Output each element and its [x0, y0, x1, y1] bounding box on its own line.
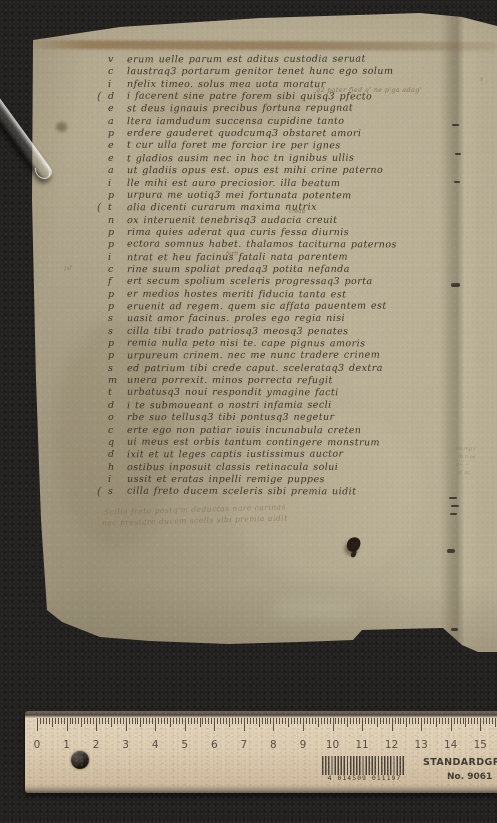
line-initial: n [108, 216, 114, 226]
line-initial: s [108, 327, 113, 337]
ruler-tick [282, 718, 283, 724]
ruler-tick [279, 718, 280, 724]
ruler-tick [241, 718, 242, 724]
manuscript-line: ert secum spolium sceleris progressaq3 p… [127, 277, 373, 287]
ruler-tick [256, 718, 257, 724]
line-initial: p [108, 339, 114, 349]
ruler-tick [99, 718, 100, 724]
manuscript-line: cilla freto ducem sceleris sibi premia u… [127, 487, 356, 497]
ruler-tick [158, 718, 159, 724]
ruler-tick [176, 718, 177, 724]
ruler-tick [262, 718, 263, 724]
ruler-tick [226, 718, 227, 724]
ruler-tick [409, 718, 410, 724]
line-initial: t [108, 388, 112, 398]
ruler-hanging-hole [71, 751, 89, 769]
line-initial: p [108, 129, 114, 139]
line-initial: v [108, 55, 113, 65]
ruler-tick [389, 718, 390, 724]
ruler-tick [102, 718, 103, 724]
manuscript-line: cilla tibi trado patriosq3 meosq3 penate… [127, 327, 348, 337]
margin-scribble: uu mp i [456, 446, 475, 453]
line-initial: p [108, 302, 114, 312]
ruler-tick [155, 718, 156, 731]
ruler-tick [52, 718, 53, 727]
ruler-tick [318, 718, 319, 727]
manuscript-line: ussit et eratas inpelli remige puppes [127, 475, 325, 485]
ruler-tick [137, 718, 138, 724]
ruler-tick [64, 718, 65, 724]
line-initial: e [108, 104, 114, 114]
ruler-tick [451, 718, 452, 731]
ruler-tick [123, 718, 124, 724]
ruler-tick [167, 718, 168, 724]
ruler-number: 11 [350, 739, 374, 751]
ruler-tick [424, 718, 425, 724]
manuscript-line: ectora somnus habet. thalamos taciturna … [127, 240, 397, 250]
stitch-mark [451, 283, 460, 287]
ruler-tick [421, 718, 422, 731]
manuscript-line: ox interuenit tenebrisq3 audacia creuit [127, 215, 337, 225]
ruler-tick [164, 718, 165, 724]
ruler-tick [395, 718, 396, 724]
ruler-tick [197, 718, 198, 724]
line-initial: o [108, 413, 114, 423]
line-initial: i [108, 475, 111, 485]
ruler-tick [418, 718, 419, 724]
stitch-mark [449, 497, 457, 499]
ruler-tick [191, 718, 192, 724]
ruler-tick [247, 718, 248, 724]
line-initial: c [108, 67, 113, 77]
ruler-tick [58, 718, 59, 724]
ruler-tick [200, 718, 201, 727]
ruler-tick [315, 718, 316, 724]
ruler-tick [267, 718, 268, 724]
spot-stain [56, 122, 67, 132]
ruler-tick [365, 718, 366, 724]
ruler-tick [383, 718, 384, 724]
ruler-tick [327, 718, 328, 724]
ruler-tick [220, 718, 221, 724]
manuscript-line: lle mihi est auro preciosior. illa beatu… [127, 178, 340, 188]
line-initial: t [108, 203, 112, 213]
water-stain [270, 600, 360, 618]
ruler-tick [208, 718, 209, 724]
ruler-tick [273, 718, 274, 731]
ruler-tick [374, 718, 375, 724]
ruler-tick [173, 718, 174, 724]
line-initial: m [108, 376, 117, 386]
manuscript-line: urbatusq3 noui respondit ymagine facti [127, 388, 339, 398]
stitch-mark [455, 153, 461, 155]
ruler-tick [46, 718, 47, 724]
manuscript-line: eruenit ad regem. quem sic affata pauent… [127, 302, 387, 312]
ruler-tick [468, 718, 469, 724]
ruler-number: 7 [232, 739, 256, 751]
barcode-digits: 4 014509 011197 [317, 774, 412, 782]
ruler-number: 10 [321, 739, 345, 751]
ruler-tick [61, 718, 62, 724]
ruler-tick [483, 718, 484, 724]
stitch-mark [454, 181, 460, 183]
manuscript-line: t gladios ausim nec in hoc tn ignibus ul… [127, 153, 354, 163]
manuscript-line: st deus ignauis precibus fortuna repugna… [127, 104, 353, 114]
ruler-tick [202, 718, 203, 724]
ruler-tick [321, 718, 322, 724]
manuscript-line: erte ego non patiar iouis incunabula cre… [127, 425, 361, 435]
ruler-number: 6 [202, 739, 226, 751]
ruler-tick [149, 718, 150, 724]
ruler-tick [285, 718, 286, 724]
ruler-tick [312, 718, 313, 724]
ruler-tick [347, 718, 348, 727]
manuscript-line: ui meus est orbis tantum contingere mons… [127, 437, 380, 447]
ruler-tick [439, 718, 440, 724]
ruler-tick [495, 718, 496, 727]
ruler-tick [362, 718, 363, 731]
manuscript-line: uasit amor facinus. proles ego regia nis… [127, 314, 345, 324]
line-initial: e [108, 141, 114, 151]
ruler-tick [161, 718, 162, 724]
ruler-tick [415, 718, 416, 724]
stain-band [30, 40, 497, 51]
line-initial: s [108, 487, 113, 497]
ruler-tick [309, 718, 310, 724]
ruler-tick [179, 718, 180, 724]
ruler-tick [457, 718, 458, 724]
ruler-tick [185, 718, 186, 731]
ruler-tick [486, 718, 487, 724]
line-initial: e [108, 154, 114, 164]
ruler-tick [244, 718, 245, 731]
manuscript-line: erum uelle parum est aditus custodia ser… [127, 55, 366, 65]
ruler-number: 5 [173, 739, 197, 751]
ruler-number: 3 [114, 739, 138, 751]
line-initial: h [108, 463, 114, 473]
ruler-tick [303, 718, 304, 731]
ruler-tick [427, 718, 428, 724]
parchment-leaf: verum uelle parum est aditus custodia se… [0, 0, 497, 662]
ruler-tick [291, 718, 292, 724]
ruler-tick [229, 718, 230, 727]
ruler-tick [146, 718, 147, 724]
ruler-tick [37, 718, 38, 731]
manuscript-line: remia nulla peto nisi te. cape pignus am… [127, 339, 365, 349]
marginal-gloss: q2 pater fied q' ne p'ga adag' [316, 86, 422, 94]
ruler-tick [40, 718, 41, 724]
line-initial: a [108, 117, 114, 127]
ruler-tick [474, 718, 475, 724]
ruler-tick [49, 718, 50, 724]
manuscript-line: ed patrium tibi crede caput. scelerataq3… [127, 364, 383, 374]
ruler-tick [126, 718, 127, 731]
ruler-tick [344, 718, 345, 724]
ruler-tick [297, 718, 298, 724]
manuscript-line: laustraq3 portarum genitor tenet hunc eg… [127, 67, 393, 77]
ruler-tick [232, 718, 233, 724]
manuscript-line: urpureum crinem. nec me nunc tradere cri… [127, 351, 380, 361]
ruler-tick [353, 718, 354, 724]
ruler-tick [403, 718, 404, 724]
line-initial: i [108, 253, 111, 263]
ruler-tick [350, 718, 351, 724]
ruler-tick [250, 718, 251, 724]
ruler-number: 0 [25, 739, 49, 751]
ruler-tick [398, 718, 399, 724]
manuscript-line: rbe suo tellusq3 tibi pontusq3 negetur [127, 413, 335, 423]
line-initial: d [108, 401, 114, 411]
ruler-tick [460, 718, 461, 724]
line-initial: a [108, 166, 114, 176]
ruler-tick [454, 718, 455, 724]
manuscript-line: ostibus inposuit classis retinacula solu… [127, 462, 338, 472]
margin-scribble: a~ ~ [456, 462, 469, 469]
ruler-tick [117, 718, 118, 724]
line-initial: f [108, 277, 112, 287]
line-initial: q [108, 438, 114, 448]
ruler-tick [214, 718, 215, 731]
ruler-tick [152, 718, 153, 724]
ruler-tick [78, 718, 79, 724]
ruler-tick [465, 718, 466, 727]
ruler-tick [368, 718, 369, 724]
ruler: 0123456789101112131415 4 014509 011197 S… [25, 711, 497, 793]
ruler-tick [170, 718, 171, 727]
ruler-tick [359, 718, 360, 724]
line-initial: c [108, 265, 113, 275]
barcode [322, 756, 404, 775]
ruler-tick [211, 718, 212, 724]
manuscript-line: urpura me uotiq3 mei fortunata potentem [127, 190, 352, 200]
line-initial: p [108, 191, 114, 201]
ruler-tick [105, 718, 106, 724]
line-initial: p [108, 228, 114, 238]
ruler-tick [132, 718, 133, 724]
stitch-mark [451, 505, 459, 507]
ruler-tick [324, 718, 325, 724]
ruler-tick [143, 718, 144, 724]
ruler-number: 9 [291, 739, 315, 751]
ruler-tick [448, 718, 449, 724]
ruler-tick [392, 718, 393, 731]
ruler-tick [84, 718, 85, 724]
ruler-tick [238, 718, 239, 724]
ruler-tick [294, 718, 295, 724]
paraph-mark: ( [97, 91, 101, 102]
manuscript-line: unera porrexit. minos porrecta refugit [127, 376, 333, 386]
stitch-mark [452, 124, 459, 126]
ruler-tick [430, 718, 431, 724]
ruler-tick [182, 718, 183, 724]
manuscript-line: er medios hostes meriti fiducia tanta es… [127, 289, 346, 299]
line-initial: p [108, 240, 114, 250]
line-initial: s [108, 364, 113, 374]
ruler-tick [90, 718, 91, 724]
margin-scribble: p' nc [458, 470, 470, 477]
manuscript-line: rima quies aderat qua curis fessa diurni… [127, 228, 349, 238]
ruler-tick [333, 718, 334, 731]
ruler-number: 15 [468, 739, 492, 751]
stitch-mark [451, 628, 458, 631]
ruler-tick [306, 718, 307, 724]
ruler-tick [288, 718, 289, 727]
ruler-tick [436, 718, 437, 727]
ruler-tick [492, 718, 493, 724]
ruler-tick [81, 718, 82, 727]
ink-blob [345, 535, 362, 553]
ruler-tick [380, 718, 381, 724]
ruler-tick [140, 718, 141, 727]
ruler-number: 2 [84, 739, 108, 751]
line-initial: d [108, 92, 114, 102]
ruler-tick [270, 718, 271, 724]
ruler-tick [93, 718, 94, 724]
line-initial: d [108, 450, 114, 460]
ruler-tick [445, 718, 446, 724]
ruler-tick [114, 718, 115, 724]
model-label: No. 9061 [447, 772, 492, 782]
ruler-tick [96, 718, 97, 731]
ruler-tick [55, 718, 56, 724]
manuscript-line: erdere gauderet quodcumq3 obstaret amori [127, 129, 361, 139]
ruler-tick [72, 718, 73, 724]
ruler-tick [406, 718, 407, 727]
ruler-tick [412, 718, 413, 724]
ruler-tick [371, 718, 372, 724]
ruler-tick [386, 718, 387, 724]
manuscript-line: ltera iamdudum succensa cupidine tanto [127, 117, 344, 127]
manuscript-line: rine suum spoliat predaq3 potita nefanda [127, 265, 350, 275]
ruler-tick [463, 718, 464, 724]
ruler-tick [338, 718, 339, 724]
ruler-tick [265, 718, 266, 724]
ruler-number: 8 [261, 739, 285, 751]
ruler-tick [223, 718, 224, 724]
line-initial: c [108, 426, 113, 436]
ruler-number: 13 [409, 739, 433, 751]
ruler-tick [120, 718, 121, 724]
ruler-number: 12 [380, 739, 404, 751]
line-initial: p [108, 351, 114, 361]
brand-label: STANDARDGRA [423, 757, 497, 768]
line-initial: s [108, 314, 113, 324]
ruler-number: 1 [55, 739, 79, 751]
margin-scribble: tb n oa [458, 454, 476, 461]
paraph-mark: ( [97, 486, 101, 497]
ruler-tick [276, 718, 277, 724]
ruler-tick [471, 718, 472, 724]
ruler-tick [300, 718, 301, 724]
ruler-tick [330, 718, 331, 724]
ruler-tick [442, 718, 443, 724]
ruler-tick [217, 718, 218, 724]
ruler-tick [335, 718, 336, 724]
ruler-tick [75, 718, 76, 724]
manuscript-line: t cur ulla foret me forcior ire per igne… [127, 141, 341, 151]
ruler-tick [259, 718, 260, 727]
line-initial: i [108, 179, 111, 189]
marginal-mark: pd [64, 265, 72, 272]
stitch-mark [447, 549, 455, 553]
ruler-number: 14 [439, 739, 463, 751]
ruler-tick [70, 718, 71, 724]
ruler-tick [377, 718, 378, 727]
paraph-mark: ( [97, 202, 101, 213]
ruler-number: 4 [143, 739, 167, 751]
ruler-tick [480, 718, 481, 731]
ruler-tick [253, 718, 254, 724]
ruler-tick [135, 718, 136, 724]
manuscript-line: nfelix timeo. solus mea uota moratur [127, 80, 326, 90]
photo-stage: verum uelle parum est aditus custodia se… [0, 0, 497, 823]
manuscript-line: i te submoueant o nostri infamia secli [127, 400, 332, 410]
ruler-tick [489, 718, 490, 724]
ruler-tick [129, 718, 130, 724]
ruler-tick [194, 718, 195, 724]
ruler-tick [111, 718, 112, 727]
stitch-mark [450, 513, 457, 515]
ruler-tick [43, 718, 44, 724]
interlinear-gloss: furti [226, 251, 238, 257]
pen-trial-mark: v [480, 76, 483, 83]
ruler-tick [235, 718, 236, 724]
ruler-tick [356, 718, 357, 724]
ruler-tick [400, 718, 401, 724]
ruler-tick [205, 718, 206, 724]
manuscript-line: ut gladiis opus est. opus est mihi crine… [127, 166, 383, 176]
manuscript-line: ixit et ut leges captis iustissimus auct… [127, 450, 344, 460]
ruler-tick [477, 718, 478, 724]
ruler-tick [433, 718, 434, 724]
ruler-tick [87, 718, 88, 724]
line-initial: i [108, 80, 111, 90]
interlinear-gloss: creuit [289, 209, 305, 215]
ruler-tick [108, 718, 109, 724]
line-initial: p [108, 290, 114, 300]
ruler-tick [341, 718, 342, 724]
ruler-tick [188, 718, 189, 724]
ruler-tick [67, 718, 68, 731]
